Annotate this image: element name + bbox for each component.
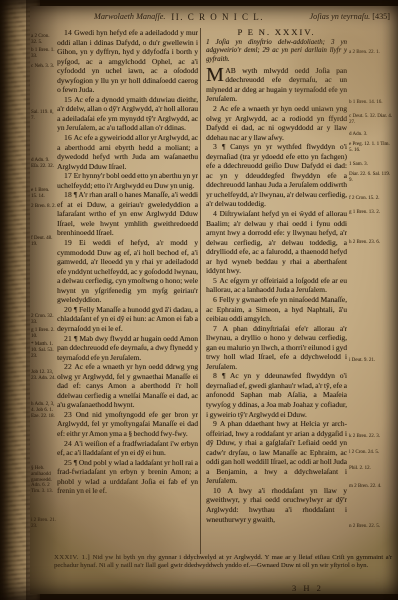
- verse-paragraph: 24 A'i weiſion ef a fradfwriadaſant i'w …: [57, 439, 198, 458]
- margin-note: f 2 Cron. 15. 2.: [349, 196, 393, 202]
- verse-paragraph: 18 ¶ A'r rhan arall o hanes Manaſſe, a'i…: [57, 190, 198, 238]
- verse-paragraph: 19 Ei weddi ef hefyd, a'r modd y cymmodo…: [57, 238, 198, 305]
- margin-note: b 1 Bren. 1. 33.: [31, 48, 56, 60]
- verse-paragraph: 4 Diſtrywiaſant hefyd yn ei ŵydd ef allo…: [206, 209, 347, 276]
- margin-note: k 2 Bren. 22. 3.: [349, 434, 393, 440]
- verse-paragraph: 23 Ond nid ymoſtyngodd efe ger bron yr A…: [57, 410, 198, 439]
- margin-note: l 2 Cron. 24. 5.: [349, 450, 393, 456]
- verse-number: 6: [213, 295, 219, 304]
- column-rule: [200, 28, 201, 554]
- verse-paragraph: 22 Ac efe a wnaeth yr hyn oedd ddrwg yng…: [57, 362, 198, 410]
- margin-note: i Deut. 9. 21.: [349, 358, 393, 364]
- verse-number: 5: [213, 276, 219, 285]
- margin-note: m 2 Bren. 22. 4.: [349, 484, 393, 490]
- margin-notes-right: a 2 Bren. 22. 1.b 1 Bren. 14. 16.c Deut.…: [349, 6, 396, 594]
- margin-note: * Matth. 1. 10. Sal. 53. 23.: [31, 342, 56, 359]
- verse-paragraph: 16 Ac efe a gyweiriodd allor yr Arglwydd…: [57, 133, 198, 171]
- drop-cap: M: [206, 66, 225, 83]
- margin-note: Sal. 119. 8, 7.: [31, 110, 56, 122]
- verse-paragraph: 7 A phan ddinyſtriaſai efe'r allorau a'r…: [206, 324, 347, 372]
- margin-note: c Neh. 3. 3.: [31, 64, 56, 70]
- page-header: Marwolaeth Manaſſe. II. C R O N I C L. J…: [30, 12, 398, 25]
- margin-note: c Deut. 5. 32. Diar. 4. 27.: [349, 114, 393, 126]
- margin-note: e 1 Bren. 15. 14.: [31, 188, 56, 200]
- text-column-right: P E N. XXXIV.1 Joſia yn dinyſtrio delw-a…: [206, 28, 347, 550]
- verse-paragraph: 3 ¶ Canys yn yr wythfed flwyddyn o'i dey…: [206, 142, 347, 209]
- verse-number: 15: [64, 95, 74, 104]
- verse-paragraph: 17 Er hynny'r bobl oedd etto yn aberthu …: [57, 171, 198, 190]
- margin-note: g 1 Bren. 13. 2.: [349, 210, 393, 216]
- verse-number: 8: [213, 371, 222, 380]
- margin-note: n 2 Bren. 22. 5.: [349, 524, 393, 530]
- footnote: XXXIV. 1.] Nid yw hi byth yn rhy gynnar …: [54, 554, 392, 571]
- footnote-text: Nid yw hi byth yn rhy gynnar i ddychwely…: [54, 554, 392, 569]
- verse-paragraph: 10 A hwy a'i rhoddaſant yn llaw y gweith…: [206, 486, 347, 524]
- verse-number: 7: [213, 324, 223, 333]
- verse-number: 18: [64, 190, 74, 199]
- verse-number: 25: [64, 458, 74, 467]
- margin-note: 2 Bren. 8. 2.: [31, 204, 56, 210]
- margin-note: g 1 Bren. 2. 10.: [31, 328, 56, 340]
- verse-paragraph: 6 Felly y gwnaeth efe yn ninaſoedd Manaſ…: [206, 295, 347, 324]
- verse-number: 21: [64, 334, 74, 343]
- margin-note: d Adn. 9. Eſa. 22. 32.: [31, 158, 56, 170]
- margin-note: Job 12. 33, 23. Adn. 24.: [31, 370, 56, 382]
- verse-number: 4: [213, 209, 220, 218]
- verse-number: 9: [213, 419, 220, 428]
- verse-number: 22: [64, 362, 74, 371]
- margin-note: 2 Cron. 32. 33.: [31, 314, 56, 326]
- verse-paragraph: 14 Gwedi hyn hefyd efe a adeiladodd y mu…: [57, 28, 198, 95]
- verse-number: 17: [64, 171, 74, 180]
- verse-paragraph: 25 ¶ Ond pobl y wlad a laddaſant yr holl…: [57, 458, 198, 496]
- margin-note: § Heb. amlhaodd gamwedd. Adn. 6. 2 Tim. …: [31, 466, 56, 495]
- margin-note: d Adn. 3.: [349, 132, 393, 138]
- running-head-left: Marwolaeth Manaſſe.: [94, 12, 165, 21]
- margin-note: a 2 Bren. 22. 1.: [349, 50, 393, 56]
- verse-paragraph: 21 ¶ Mab dwy flwydd ar hugain oedd Amon …: [57, 334, 198, 363]
- verse-paragraph: 2 Ac efe a wnaeth yr hyn oedd uniawn yng…: [206, 104, 347, 142]
- verse-paragraph: 20 ¶ Felly Manaſſe a hunodd gyd â'i dada…: [57, 305, 198, 334]
- chapter-heading: P E N. XXXIV.: [206, 28, 347, 38]
- margin-note: h 2 Bren. 23. 6.: [349, 240, 393, 246]
- margin-note: a 2 Cron. 32. 5.: [31, 34, 56, 46]
- book-photo: Marwolaeth Manaſſe. II. C R O N I C L. J…: [0, 0, 398, 600]
- bible-page: Marwolaeth Manaſſe. II. C R O N I C L. J…: [30, 6, 398, 594]
- text-column-left: 14 Gwedi hyn hefyd efe a adeiladodd y mu…: [57, 28, 198, 550]
- verse-number: 10: [213, 486, 228, 495]
- margin-note: 1 Sam. 3.: [349, 162, 393, 168]
- verse-paragraph: MAB wyth mlwydd oedd Joſia pan ddechreuo…: [206, 66, 347, 104]
- book-title: II. C R O N I C L.: [171, 12, 264, 22]
- verse-number: 3: [213, 142, 222, 151]
- verse-paragraph: 15 Ac efe a dynodd ymaith dduwiau dieith…: [57, 95, 198, 133]
- margin-note: e Preg. 12. 1. 1 Tim. 5. 16.: [349, 142, 393, 154]
- verse-number: 19: [64, 238, 79, 247]
- chapter-summary: 1 Joſia yn dinyſtrio delw-addoliaeth; 3 …: [206, 39, 347, 65]
- margin-note: i 2 Bren. 21. 23.: [31, 518, 56, 530]
- margin-note: b 1 Bren. 14. 16.: [349, 100, 393, 106]
- footnote-lead: XXXIV. 1.]: [54, 554, 90, 561]
- verse-paragraph: 5 Ac eſgyrn yr offeiriaid a loſgodd efe …: [206, 276, 347, 295]
- margin-note: Phil. 2. 12.: [349, 466, 393, 472]
- verse-number: 20: [64, 305, 74, 314]
- margin-note: h Adn. 2, 3, 4. Job 6. 1. Eze. 22. 18.: [31, 402, 56, 419]
- verse-number: 16: [64, 133, 74, 142]
- signature-mark: 3 H 2: [292, 583, 323, 593]
- verse-paragraph: 9 A phan ddaethant hwy at Helcia yr arch…: [206, 419, 347, 486]
- margin-note: Diar. 22. 6. Sal. 119. 9.: [349, 172, 393, 184]
- verse-paragraph: 8 ¶ Ac yn y ddeunawfed flwyddyn o'i deyr…: [206, 371, 347, 419]
- verse-number: 2: [213, 104, 220, 113]
- verse-number: 14: [64, 28, 74, 37]
- margin-notes-left: a 2 Cron. 32. 5.b 1 Bren. 1. 33.c Neh. 3…: [31, 6, 56, 594]
- verse-number: 23: [64, 410, 76, 419]
- verse-number: 24: [64, 439, 74, 448]
- margin-note: f Deut. 48. 19.: [31, 236, 56, 248]
